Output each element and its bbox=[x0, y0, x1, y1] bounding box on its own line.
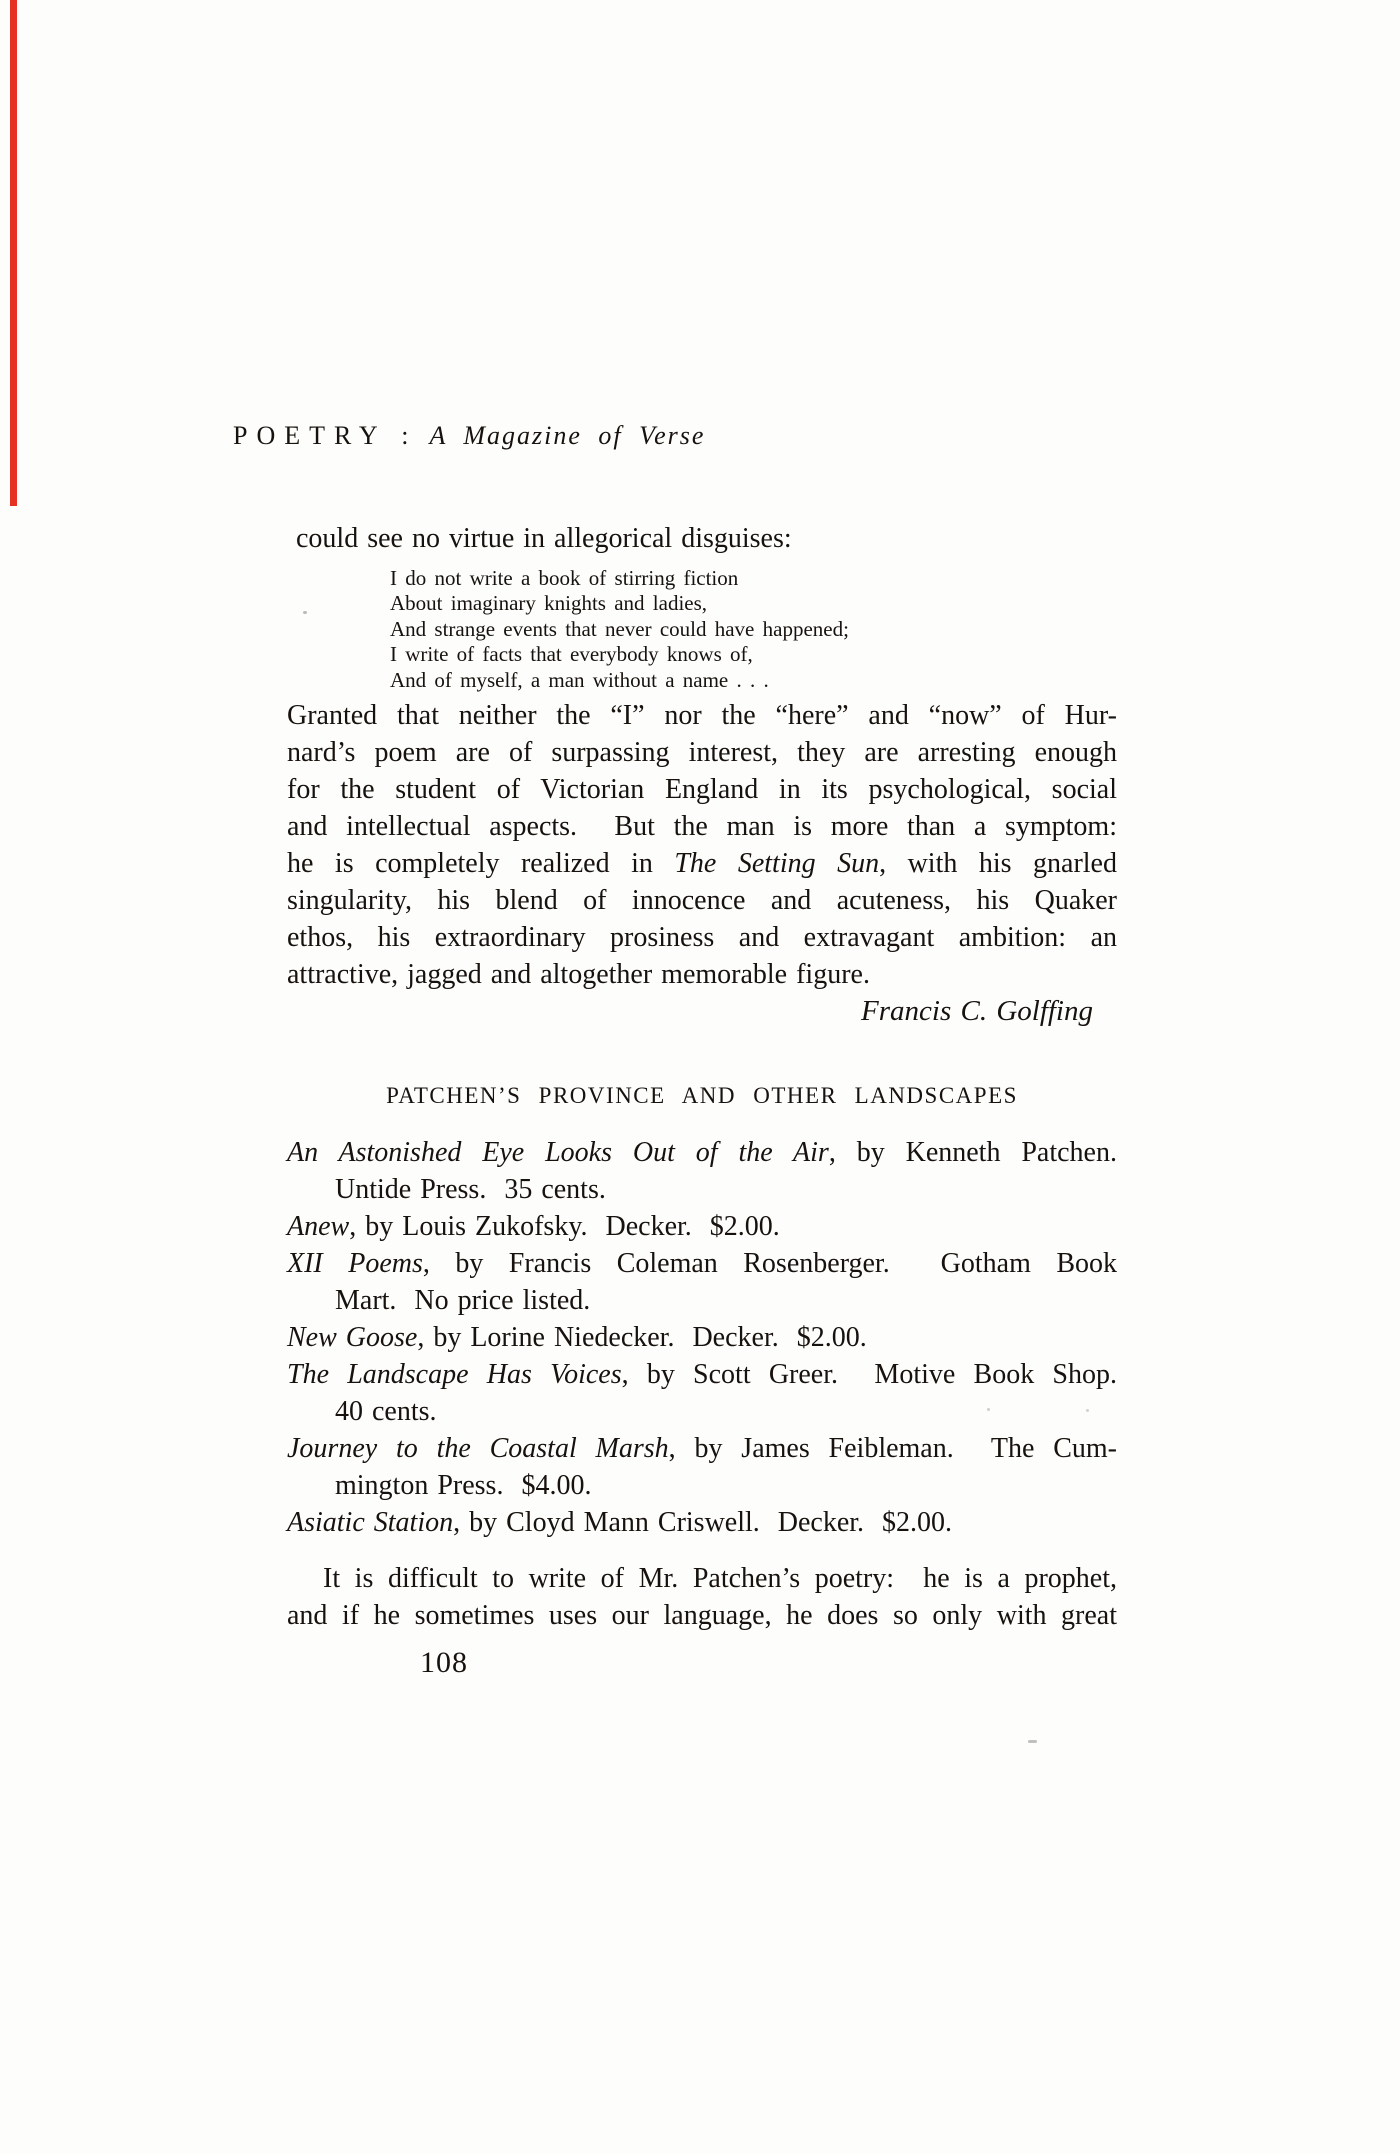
scan-speck-artifact bbox=[1086, 1409, 1089, 1412]
text-segment: mington Press. $4.00. bbox=[335, 1470, 591, 1501]
book-list-line: Anew, by Louis Zukofsky. Decker. $2.00. bbox=[287, 1208, 1117, 1245]
text-segment: I write of facts that everybody knows of… bbox=[390, 642, 753, 666]
text-segment: 40 cents. bbox=[335, 1396, 437, 1427]
paragraph-line: ethos, his extraordinary prosiness and e… bbox=[287, 919, 1117, 956]
book-title: Asiatic Station bbox=[287, 1507, 453, 1538]
verse-line: And strange events that never could have… bbox=[390, 617, 1117, 642]
text-segment: and if he sometimes uses our language, h… bbox=[287, 1600, 1117, 1631]
book-list-line: Journey to the Coastal Marsh, by James F… bbox=[287, 1430, 1117, 1467]
text-segment: I do not write a book of stirring fictio… bbox=[390, 566, 738, 590]
intro-line: could see no virtue in allegorical disgu… bbox=[287, 520, 1117, 557]
paragraph-line: It is difficult to write of Mr. Patchen’… bbox=[287, 1560, 1117, 1597]
book-list-line: Asiatic Station, by Cloyd Mann Criswell.… bbox=[287, 1504, 1117, 1541]
text-segment: And of myself, a man without a name . . … bbox=[390, 668, 769, 692]
book-list-line: Untide Press. 35 cents. bbox=[287, 1171, 1117, 1208]
book-title: The Setting Sun bbox=[674, 848, 879, 879]
text-segment: , by Francis Coleman Rosenberger. Gotham… bbox=[423, 1248, 1117, 1279]
text-segment: attractive, jagged and altogether memora… bbox=[287, 959, 870, 990]
book-title: An Astonished Eye Looks Out of the Air bbox=[287, 1137, 829, 1168]
book-list: An Astonished Eye Looks Out of the Air, … bbox=[287, 1134, 1117, 1541]
text-segment: And strange events that never could have… bbox=[390, 617, 849, 641]
text-segment: for the student of Victorian England in … bbox=[287, 774, 1117, 805]
text-segment: Granted that neither the “I” nor the “he… bbox=[287, 700, 1117, 731]
text-segment: , by James Feibleman. The Cum- bbox=[669, 1433, 1117, 1464]
paragraph-line: Granted that neither the “I” nor the “he… bbox=[287, 697, 1117, 734]
journal-subtitle: A Magazine of Verse bbox=[429, 421, 705, 450]
book-list-line: XII Poems, by Francis Coleman Rosenberge… bbox=[287, 1245, 1117, 1282]
text-segment: , by Louis Zukofsky. Decker. $2.00. bbox=[349, 1211, 780, 1242]
paragraph-line: and intellectual aspects. But the man is… bbox=[287, 808, 1117, 845]
closing-paragraph: It is difficult to write of Mr. Patchen’… bbox=[287, 1560, 1117, 1634]
book-list-line: New Goose, by Lorine Niedecker. Decker. … bbox=[287, 1319, 1117, 1356]
book-list-line: mington Press. $4.00. bbox=[287, 1467, 1117, 1504]
verse-line: About imaginary knights and ladies, bbox=[390, 591, 1117, 616]
journal-name: POETRY : bbox=[233, 421, 417, 450]
text-segment: nard’s poem are of surpassing interest, … bbox=[287, 737, 1117, 768]
paragraph-line: singularity, his blend of innocence and … bbox=[287, 882, 1117, 919]
paragraph-line: he is completely realized in The Setting… bbox=[287, 845, 1117, 882]
book-list-line: The Landscape Has Voices, by Scott Greer… bbox=[287, 1356, 1117, 1393]
scan-speck-artifact bbox=[987, 1408, 990, 1411]
text-segment: About imaginary knights and ladies, bbox=[390, 591, 707, 615]
text-segment: ethos, his extraordinary prosiness and e… bbox=[287, 922, 1117, 953]
verse-block: I do not write a book of stirring fictio… bbox=[390, 566, 1117, 693]
book-title: The Landscape Has Voices bbox=[287, 1359, 622, 1390]
book-list-line: An Astonished Eye Looks Out of the Air, … bbox=[287, 1134, 1117, 1171]
scan-red-line-artifact bbox=[10, 0, 17, 506]
reviewer-signature: Francis C. Golffing bbox=[287, 993, 1117, 1030]
verse-line: I do not write a book of stirring fictio… bbox=[390, 566, 1117, 591]
text-segment: , with his gnarled bbox=[879, 848, 1117, 879]
text-segment: and intellectual aspects. But the man is… bbox=[287, 811, 1117, 842]
book-title: Anew bbox=[287, 1211, 349, 1242]
page-text-column: could see no virtue in allegorical disgu… bbox=[287, 520, 1117, 1681]
paragraph-line: nard’s poem are of surpassing interest, … bbox=[287, 734, 1117, 771]
book-list-line: Mart. No price listed. bbox=[287, 1282, 1117, 1319]
page-number: 108 bbox=[287, 1644, 1117, 1681]
paragraph-line: attractive, jagged and altogether memora… bbox=[287, 956, 1117, 993]
book-title: Journey to the Coastal Marsh bbox=[287, 1433, 669, 1464]
text-segment: It is difficult to write of Mr. Patchen’… bbox=[323, 1563, 1117, 1594]
text-segment: , by Kenneth Patchen. bbox=[829, 1137, 1117, 1168]
paragraph-line: for the student of Victorian England in … bbox=[287, 771, 1117, 808]
text-segment: Mart. No price listed. bbox=[335, 1285, 590, 1316]
paragraph-line: and if he sometimes uses our language, h… bbox=[287, 1597, 1117, 1634]
text-segment: singularity, his blend of innocence and … bbox=[287, 885, 1117, 916]
text-segment: Untide Press. 35 cents. bbox=[335, 1174, 606, 1205]
book-title: New Goose bbox=[287, 1322, 417, 1353]
text-segment: he is completely realized in bbox=[287, 848, 674, 879]
verse-line: And of myself, a man without a name . . … bbox=[390, 668, 1117, 693]
text-segment: , by Lorine Niedecker. Decker. $2.00. bbox=[417, 1322, 866, 1353]
review-paragraph: Granted that neither the “I” nor the “he… bbox=[287, 697, 1117, 993]
text-segment: , by Cloyd Mann Criswell. Decker. $2.00. bbox=[453, 1507, 952, 1538]
section-heading: PATCHEN’S PROVINCE AND OTHER LANDSCAPES bbox=[287, 1077, 1117, 1114]
book-list-line: 40 cents. bbox=[287, 1393, 1117, 1430]
scan-speck-artifact bbox=[303, 611, 307, 614]
scan-dash-artifact bbox=[1028, 1740, 1037, 1743]
verse-line: I write of facts that everybody knows of… bbox=[390, 642, 1117, 667]
running-header: POETRY :A Magazine of Verse bbox=[233, 421, 705, 451]
book-title: XII Poems bbox=[287, 1248, 423, 1279]
text-segment: , by Scott Greer. Motive Book Shop. bbox=[622, 1359, 1117, 1390]
